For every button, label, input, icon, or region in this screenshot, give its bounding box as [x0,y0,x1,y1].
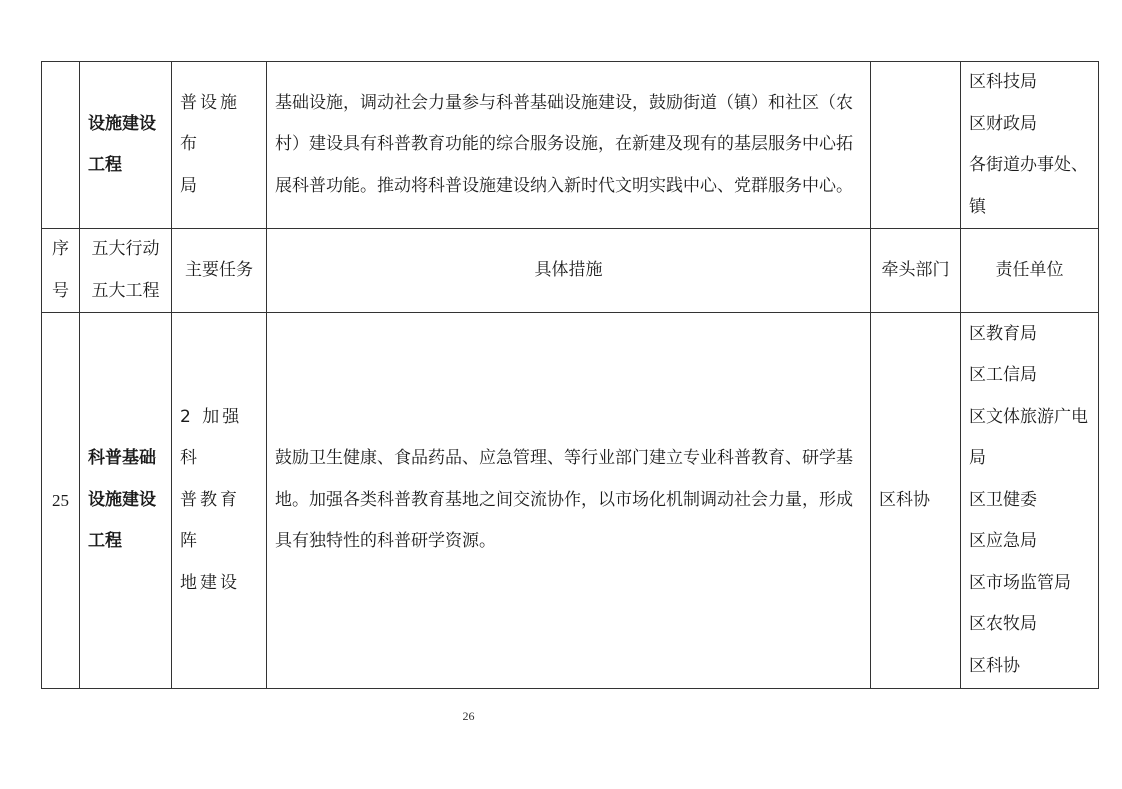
action-plan-table: 设施建设 工程 普设施布 局 基础设施，调动社会力量参与科普基础设施建设，鼓励街… [41,61,1099,689]
cell-task: 2 加强科 普教育阵 地建设 [172,313,267,689]
responsible-unit: 镇 [969,187,1090,229]
task-line: 局 [180,166,258,208]
cell-lead [871,62,961,229]
table-header-row: 序 号 五大行动 五大工程 主要任务 具体措施 牵头部门 责任单位 [42,229,1099,313]
action-line: 设施建设 [88,480,163,522]
cell-no [42,62,80,229]
cell-responsible: 区教育局 区工信局 区文体旅游广电 局 区卫健委 区应急局 区市场监管局 区农牧… [961,313,1099,689]
header-lead: 牵头部门 [871,229,961,313]
cell-measure: 鼓励卫生健康、食品药品、应急管理、等行业部门建立专业科普教育、研学基地。加强各类… [267,313,871,689]
responsible-unit: 区工信局 [969,355,1090,397]
table-row: 25 科普基础 设施建设 工程 2 加强科 普教育阵 地建设 鼓励卫生健康、食品… [42,313,1099,689]
task-line: 地建设 [180,563,258,605]
responsible-unit: 区应急局 [969,521,1090,563]
task-line: 2 加强科 [180,397,258,480]
cell-responsible: 区科技局 区财政局 各街道办事处、 镇 [961,62,1099,229]
task-line: 普设施布 [180,83,258,166]
responsible-unit: 区文体旅游广电 [969,397,1090,439]
cell-action: 设施建设 工程 [80,62,172,229]
header-no-line1: 序 [50,229,71,271]
header-action-line1: 五大行动 [88,229,163,271]
header-action: 五大行动 五大工程 [80,229,172,313]
action-line: 科普基础 [88,438,163,480]
header-no-line2: 号 [50,271,71,313]
document-page: 设施建设 工程 普设施布 局 基础设施，调动社会力量参与科普基础设施建设，鼓励街… [0,0,1122,789]
cell-lead: 区科协 [871,313,961,689]
responsible-unit: 各街道办事处、 [969,145,1090,187]
responsible-unit: 区农牧局 [969,604,1090,646]
page-number: 26 [0,709,937,724]
responsible-unit: 区卫健委 [969,480,1090,522]
header-responsible: 责任单位 [961,229,1099,313]
task-line: 普教育阵 [180,480,258,563]
action-line: 工程 [88,145,163,187]
table-row-continued: 设施建设 工程 普设施布 局 基础设施，调动社会力量参与科普基础设施建设，鼓励街… [42,62,1099,229]
cell-no: 25 [42,313,80,689]
responsible-unit: 区财政局 [969,104,1090,146]
responsible-unit: 局 [969,438,1090,480]
responsible-unit: 区市场监管局 [969,563,1090,605]
responsible-unit: 区科技局 [969,62,1090,104]
responsible-unit: 区科协 [969,646,1090,688]
cell-action: 科普基础 设施建设 工程 [80,313,172,689]
header-measure: 具体措施 [267,229,871,313]
action-line: 工程 [88,521,163,563]
action-line: 设施建设 [88,104,163,146]
cell-task: 普设施布 局 [172,62,267,229]
header-no: 序 号 [42,229,80,313]
header-action-line2: 五大工程 [88,271,163,313]
cell-measure: 基础设施，调动社会力量参与科普基础设施建设，鼓励街道（镇）和社区（农村）建设具有… [267,62,871,229]
header-task: 主要任务 [172,229,267,313]
responsible-unit: 区教育局 [969,314,1090,356]
